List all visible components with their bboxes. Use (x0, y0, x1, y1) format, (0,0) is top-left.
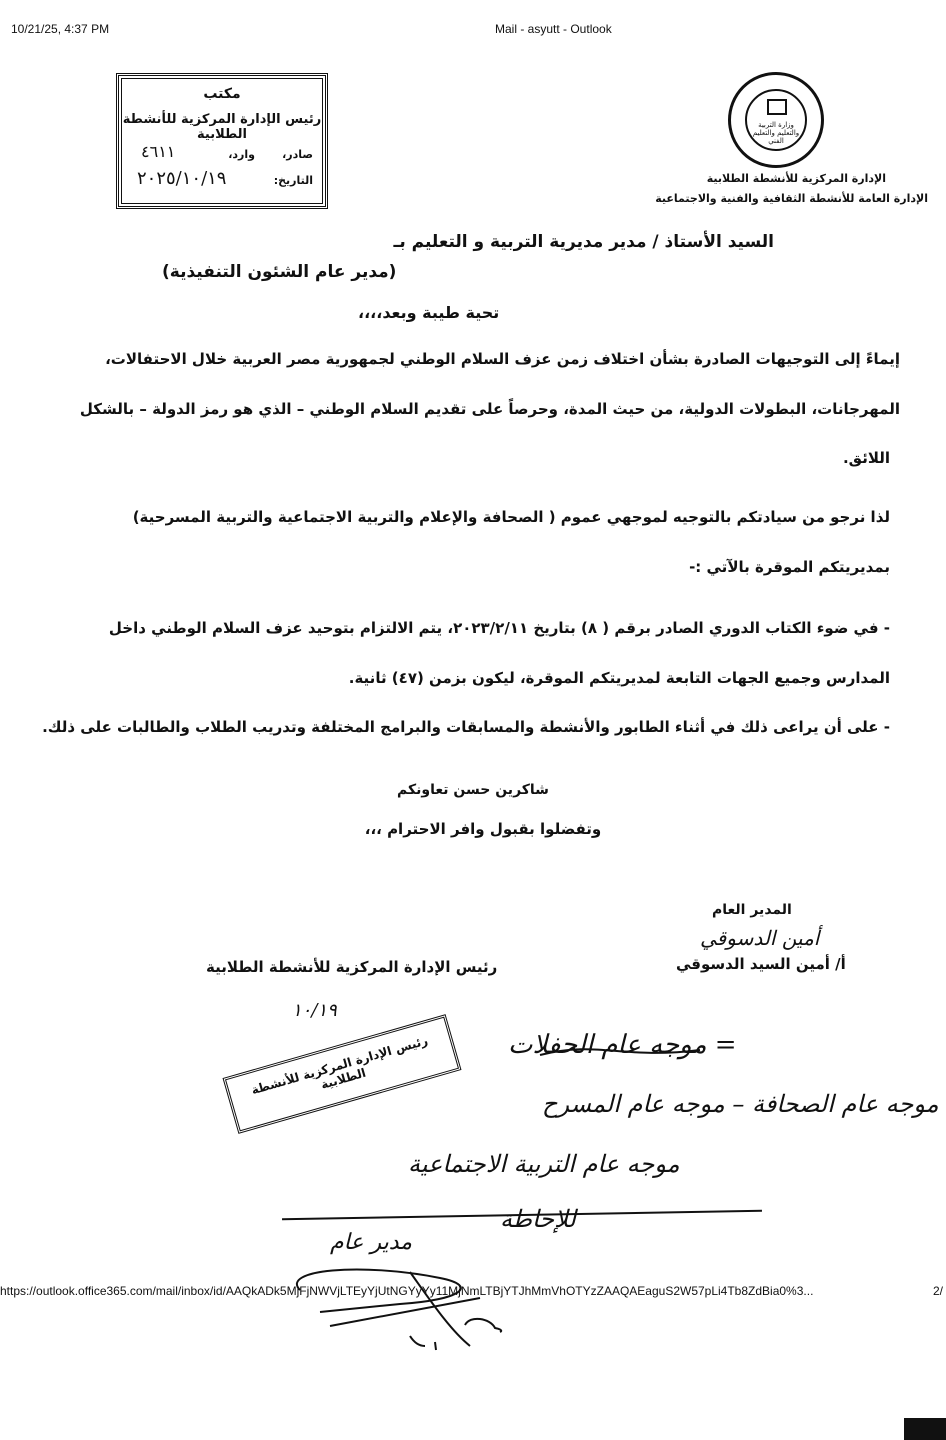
print-page-number: 2/ (933, 1284, 943, 1298)
handwritten-signature-icon (0, 0, 946, 1440)
print-url: https://outlook.office365.com/mail/inbox… (0, 1284, 912, 1298)
scan-corner-mark (904, 1418, 946, 1440)
